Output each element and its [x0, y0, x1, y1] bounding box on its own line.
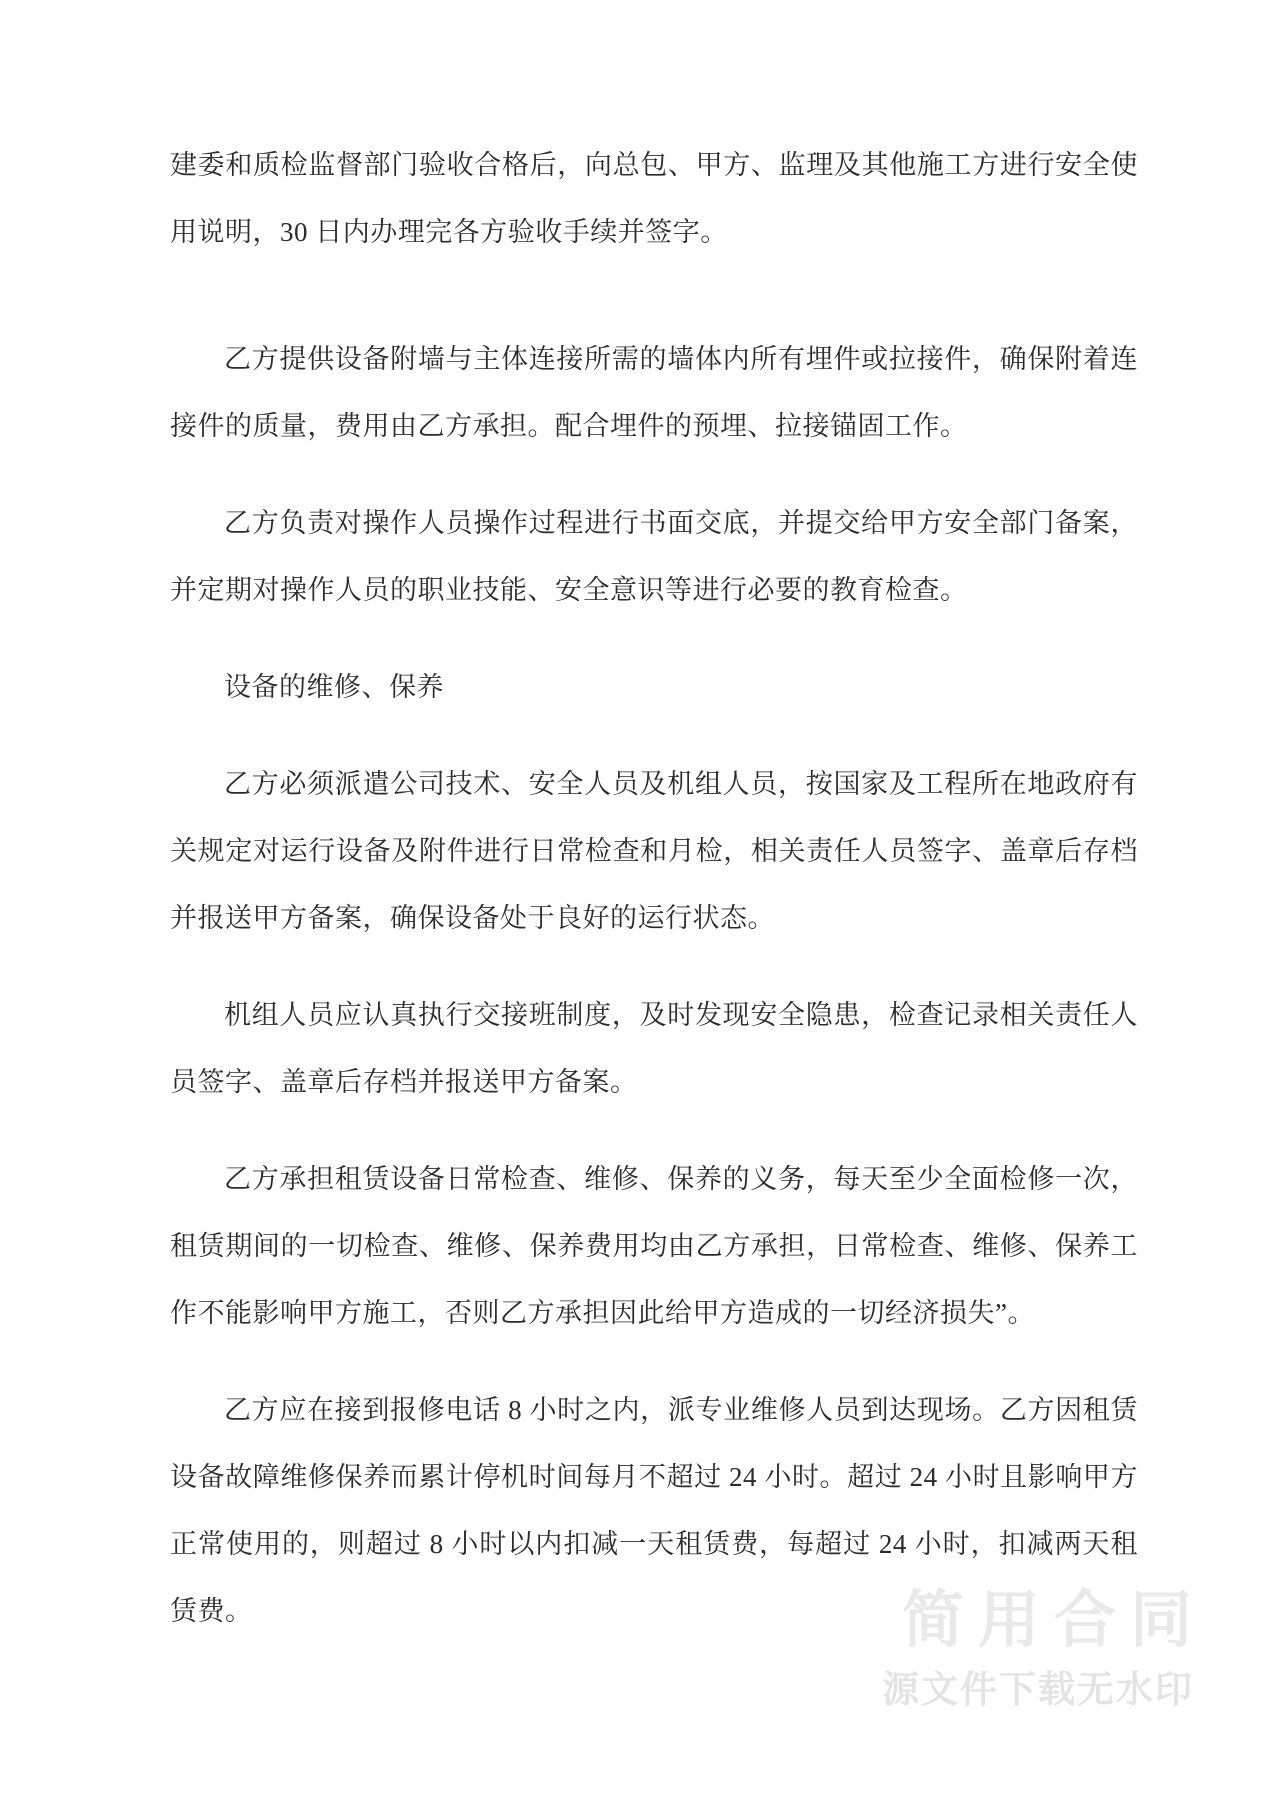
paragraph-acceptance-procedure: 建委和质检监督部门验收合格后，向总包、甲方、监理及其他施工方进行安全使用说明，3… — [170, 132, 1138, 266]
paragraph-shift-handover: 机组人员应认真执行交接班制度，及时发现安全隐患，检查记录相关责任人员签字、盖章后… — [170, 982, 1138, 1116]
paragraph-inspection-filing: 乙方必须派遣公司技术、安全人员及机组人员，按国家及工程所在地政府有关规定对运行设… — [170, 751, 1138, 952]
section-heading-maintenance: 设备的维修、保养 — [170, 654, 1138, 721]
watermark: 简用合同 源文件下载无水印 — [882, 1588, 1192, 1710]
watermark-title: 简用合同 — [882, 1588, 1206, 1654]
paragraph-maintenance-obligation: 乙方承担租赁设备日常检查、维修、保养的义务，每天至少全面检修一次，租赁期间的一切… — [170, 1146, 1138, 1347]
document-page: 建委和质检监督部门验收合格后，向总包、甲方、监理及其他施工方进行安全使用说明，3… — [0, 0, 1280, 1810]
paragraph-wall-attachment: 乙方提供设备附墙与主体连接所需的墙体内所有埋件或拉接件，确保附着连接件的质量，费… — [170, 326, 1138, 460]
contract-text-block: 建委和质检监督部门验收合格后，向总包、甲方、监理及其他施工方进行安全使用说明，3… — [170, 132, 1138, 1645]
paragraph-operator-disclosure: 乙方负责对操作人员操作过程进行书面交底，并提交给甲方安全部门备案，并定期对操作人… — [170, 490, 1138, 624]
watermark-subtitle: 源文件下载无水印 — [882, 1670, 1194, 1710]
